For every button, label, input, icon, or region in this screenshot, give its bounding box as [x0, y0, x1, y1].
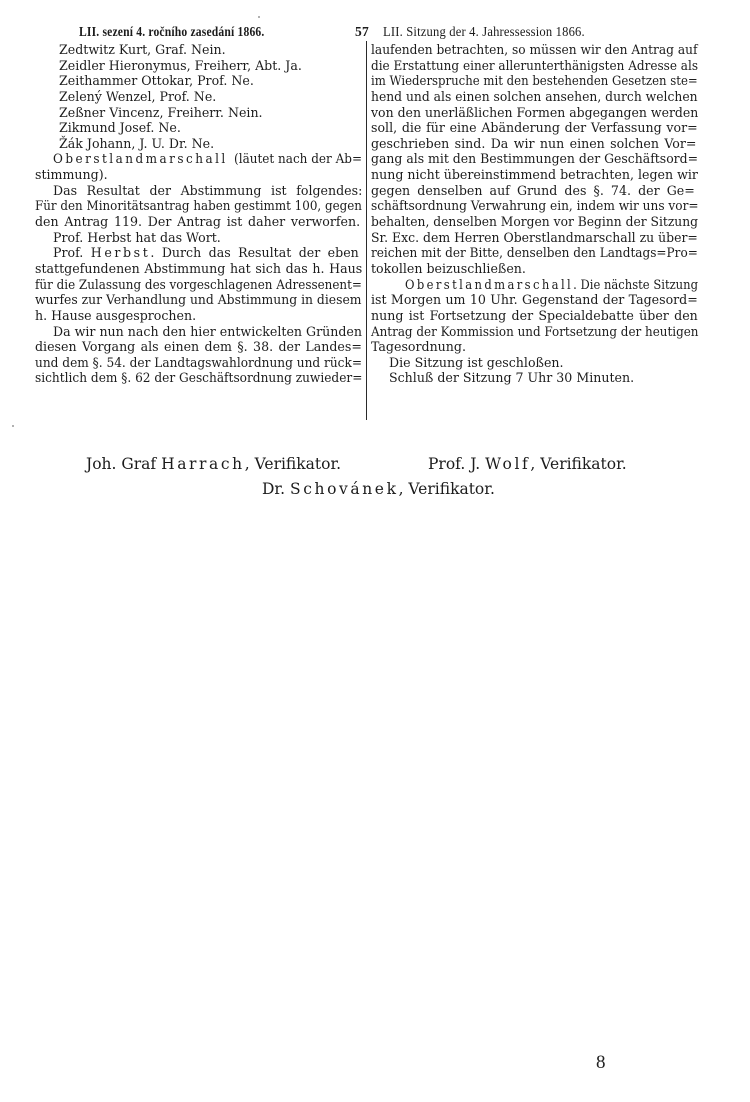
signature-name: Harrach — [161, 455, 245, 473]
text-line: Tagesordnung. — [371, 339, 698, 355]
signature-prefix: Dr. — [262, 480, 290, 498]
header-czech-title: LII. sezení 4. ročního zasedání 1866. — [79, 24, 264, 40]
signature-wolf: Prof. J. Wolf, Verifikator. — [428, 455, 627, 473]
text-line: im Wiederspruche mit den bestehenden Ges… — [371, 73, 698, 89]
line-text: ist Morgen um 10 Uhr. Gegenstand der Tag… — [371, 292, 698, 307]
signature-name: Wolf — [485, 455, 530, 473]
line-text: h. Hause ausgesprochen. — [35, 308, 196, 323]
line-text: Das Resultat der Abstimmung ist folgende… — [53, 183, 362, 198]
text-line: hend und als einen solchen ansehen, durc… — [371, 89, 698, 105]
text-line: reichen mit der Bitte, denselben den Lan… — [371, 245, 698, 261]
text-line: und dem §. 54. der Landtagswahlordnung u… — [35, 355, 362, 371]
speaker-name: Herbst — [91, 245, 151, 260]
line-text: . Durch das Resultat der eben — [150, 245, 358, 260]
line-text: Zelený Wenzel, Prof. Ne. — [59, 89, 216, 104]
text-line: Zedtwitz Kurt, Graf. Nein. — [35, 42, 362, 58]
line-text: Tagesordnung. — [371, 339, 466, 354]
line-text: Antrag der Kommission und Fortsetzung de… — [371, 324, 698, 339]
speaker-name: Oberstlandmarschall — [53, 151, 234, 166]
line-text: stimmung). — [35, 167, 108, 182]
line-text: Für den Minoritätsantrag haben gestimmt … — [35, 198, 362, 213]
text-line: Zelený Wenzel, Prof. Ne. — [35, 89, 362, 105]
line-text: hend und als einen solchen ansehen, durc… — [371, 89, 698, 104]
text-line: Žák Johann, J. U. Dr. Ne. — [35, 136, 362, 152]
text-line: gang als mit den Bestimmungen der Geschä… — [371, 151, 698, 167]
text-line: geschrieben sind. Da wir nun einen solch… — [371, 136, 698, 152]
text-line: Prof. Herbst. Durch das Resultat der ebe… — [35, 245, 362, 261]
text-line: den Antrag 119. Der Antrag ist daher ver… — [35, 214, 362, 230]
speaker-name: Oberstlandmarschall — [405, 277, 573, 292]
line-text: Zeidler Hieronymus, Freiherr, Abt. Ja. — [59, 58, 302, 73]
speaker-title: Prof. — [53, 245, 91, 260]
text-line: soll, die für eine Abänderung der Verfas… — [371, 120, 698, 136]
text-line: Die Sitzung ist geschloßen. — [371, 355, 698, 371]
signature-role: , Verifikator. — [530, 455, 626, 473]
text-line: tokollen beizuschließen. — [371, 261, 698, 277]
signature-role: , Verifikator. — [245, 455, 341, 473]
line-text: diesen Vorgang als einen dem §. 38. der … — [35, 339, 362, 354]
scan-speck — [12, 425, 14, 427]
line-text: laufenden betrachten, so müssen wir den … — [371, 42, 698, 57]
line-text: Die Sitzung ist geschloßen. — [389, 355, 564, 370]
text-line: Da wir nun nach den hier entwickelten Gr… — [35, 324, 362, 340]
signature-name: Schovánek — [290, 480, 399, 498]
line-text: den Antrag 119. Der Antrag ist daher ver… — [35, 214, 360, 229]
page-number: 57 — [355, 24, 369, 40]
text-line: von den unerläßlichen Formen abgegangen … — [371, 105, 698, 121]
text-line: Das Resultat der Abstimmung ist folgende… — [35, 183, 362, 199]
text-line: Zeidler Hieronymus, Freiherr, Abt. Ja. — [35, 58, 362, 74]
line-text: reichen mit der Bitte, denselben den Lan… — [371, 245, 698, 260]
text-line: für die Zulassung des vorgeschlagenen Ad… — [35, 277, 362, 293]
line-text: (läutet nach der Ab= — [234, 151, 362, 166]
line-text: Žák Johann, J. U. Dr. Ne. — [59, 136, 214, 151]
right-text-column: laufenden betrachten, so müssen wir den … — [371, 42, 698, 386]
line-text: schäftsordnung Verwahrung ein, indem wir… — [371, 198, 699, 213]
signature-prefix: Joh. Graf — [86, 455, 161, 473]
text-line: Zeithammer Ottokar, Prof. Ne. — [35, 73, 362, 89]
line-text: Prof. Herbst hat das Wort. — [53, 230, 221, 245]
line-text: Zeßner Vincenz, Freiherr. Nein. — [59, 105, 263, 120]
text-line: sichtlich dem §. 62 der Geschäftsordnung… — [35, 370, 362, 386]
running-header: LII. sezení 4. ročního zasedání 1866. 57… — [0, 24, 750, 42]
text-line: stattgefundenen Abstimmung hat sich das … — [35, 261, 362, 277]
line-text: die Erstattung einer allerunterthänigste… — [371, 58, 698, 73]
text-line: Zeßner Vincenz, Freiherr. Nein. — [35, 105, 362, 121]
line-text: und dem §. 54. der Landtagswahlordnung u… — [35, 355, 362, 370]
text-line: Prof. Herbst hat das Wort. — [35, 230, 362, 246]
text-line: Schluß der Sitzung 7 Uhr 30 Minuten. — [371, 370, 698, 386]
line-text: behalten, denselben Morgen vor Beginn de… — [371, 214, 698, 229]
line-text: . Die nächste Sitzung — [573, 277, 698, 292]
line-text: im Wiederspruche mit den bestehenden Ges… — [371, 73, 698, 88]
text-line: die Erstattung einer allerunterthänigste… — [371, 58, 698, 74]
text-line: ist Morgen um 10 Uhr. Gegenstand der Tag… — [371, 292, 698, 308]
line-text: stattgefundenen Abstimmung hat sich das … — [35, 261, 362, 276]
text-line: stimmung). — [35, 167, 362, 183]
line-text: von den unerläßlichen Formen abgegangen … — [371, 105, 698, 120]
line-text: Zeithammer Ottokar, Prof. Ne. — [59, 73, 254, 88]
line-text: Zikmund Josef. Ne. — [59, 120, 181, 135]
line-text: Schluß der Sitzung 7 Uhr 30 Minuten. — [389, 370, 634, 385]
line-text: Sr. Exc. dem Herren Oberstlandmarschall … — [371, 230, 698, 245]
text-line: diesen Vorgang als einen dem §. 38. der … — [35, 339, 362, 355]
line-text: sichtlich dem §. 62 der Geschäftsordnung… — [35, 370, 362, 385]
text-line: Antrag der Kommission und Fortsetzung de… — [371, 324, 698, 340]
text-line: h. Hause ausgesprochen. — [35, 308, 362, 324]
line-text: soll, die für eine Abänderung der Verfas… — [371, 120, 698, 135]
text-line: Oberstlandmarschall. Die nächste Sitzung — [371, 277, 698, 293]
signature-prefix: Prof. J. — [428, 455, 485, 473]
line-text: für die Zulassung des vorgeschlagenen Ad… — [35, 277, 362, 292]
text-line: laufenden betrachten, so müssen wir den … — [371, 42, 698, 58]
line-text: gang als mit den Bestimmungen der Geschä… — [371, 151, 698, 166]
text-line: Zikmund Josef. Ne. — [35, 120, 362, 136]
text-line: Sr. Exc. dem Herren Oberstlandmarschall … — [371, 230, 698, 246]
signature-harrach: Joh. Graf Harrach, Verifikator. — [86, 455, 341, 473]
text-line: Für den Minoritätsantrag haben gestimmt … — [35, 198, 362, 214]
line-text: wurfes zur Verhandlung und Abstimmung in… — [35, 292, 362, 307]
sheet-number: 8 — [596, 1052, 606, 1074]
header-german-title: LII. Sitzung der 4. Jahressession 1866. — [383, 24, 585, 40]
line-text: geschrieben sind. Da wir nun einen solch… — [371, 136, 696, 151]
line-text: nung ist Fortsetzung der Specialdebatte … — [371, 308, 698, 323]
line-text: Zedtwitz Kurt, Graf. Nein. — [59, 42, 226, 57]
text-line: gegen denselben auf Grund des §. 74. der… — [371, 183, 698, 199]
text-line: behalten, denselben Morgen vor Beginn de… — [371, 214, 698, 230]
text-line: wurfes zur Verhandlung und Abstimmung in… — [35, 292, 362, 308]
text-line: nung ist Fortsetzung der Specialdebatte … — [371, 308, 698, 324]
column-divider — [366, 41, 367, 420]
left-text-column: Zedtwitz Kurt, Graf. Nein.Zeidler Hieron… — [35, 42, 362, 386]
text-line: schäftsordnung Verwahrung ein, indem wir… — [371, 198, 698, 214]
signature-role: , Verifikator. — [399, 480, 495, 498]
line-text: nung nicht übereinstimmend betrachten, l… — [371, 167, 698, 182]
line-text: gegen denselben auf Grund des §. 74. der… — [371, 183, 695, 198]
text-line: Oberstlandmarschall (läutet nach der Ab= — [35, 151, 362, 167]
signature-schovanek: Dr. Schovánek, Verifikator. — [262, 480, 495, 498]
line-text: Da wir nun nach den hier entwickelten Gr… — [53, 324, 362, 339]
line-text: tokollen beizuschließen. — [371, 261, 526, 276]
scan-speck — [258, 16, 260, 18]
text-line: nung nicht übereinstimmend betrachten, l… — [371, 167, 698, 183]
